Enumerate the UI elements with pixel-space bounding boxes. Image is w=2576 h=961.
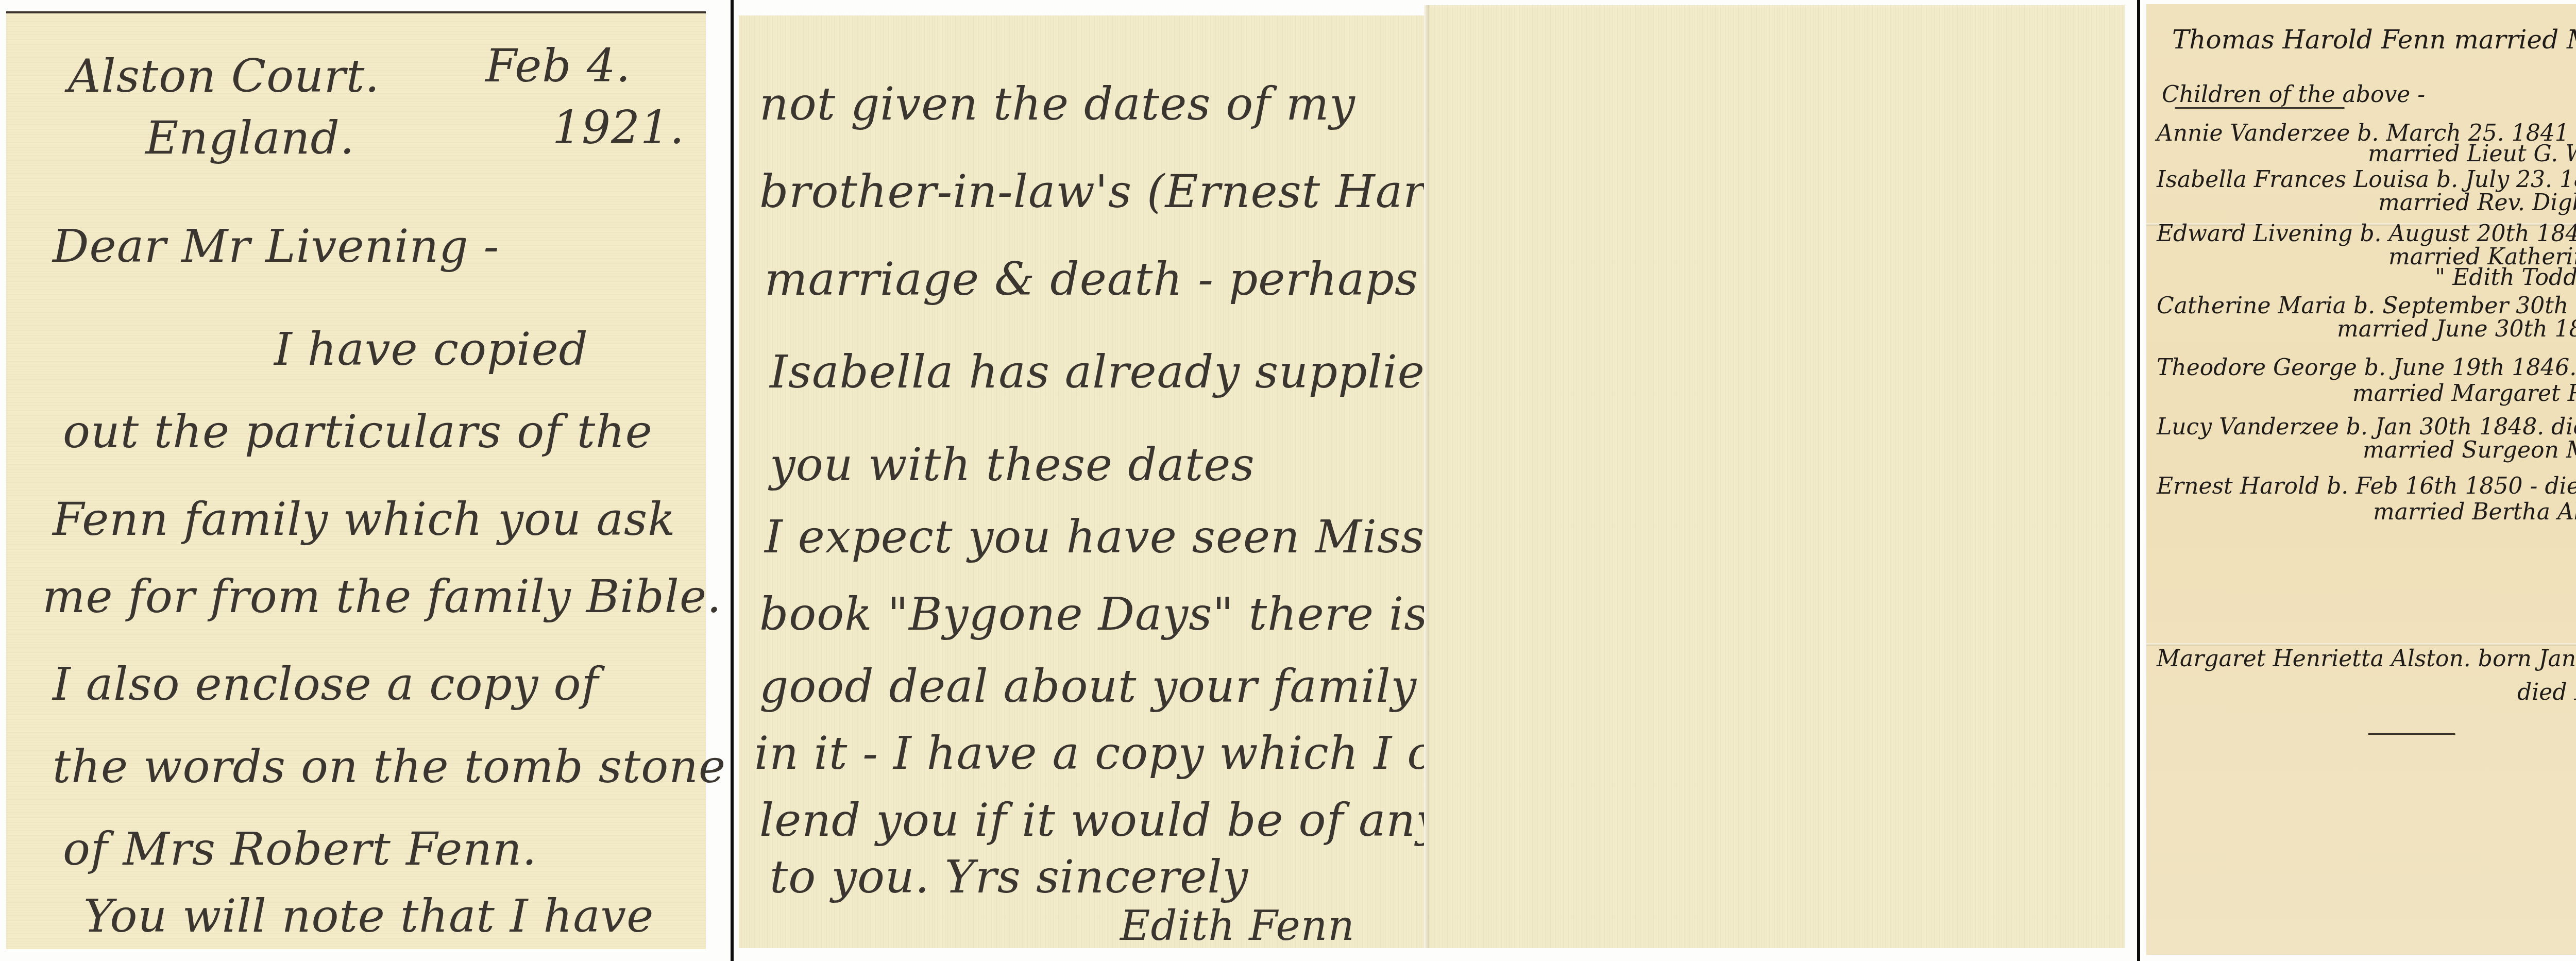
letter-address: Alston Court. [68, 49, 380, 103]
letter-sheet-2: not given the dates of my brother-in-law… [739, 15, 1424, 948]
register-sheet-1: Thomas Harold Fenn married Maria Alston … [2146, 4, 2576, 955]
letter-body-line: marriage & death - perhaps [765, 252, 1418, 306]
letter-signature: Edith Fenn [1120, 902, 1355, 950]
panel-letter-spread: not given the dates of my brother-in-law… [734, 0, 2137, 961]
register-entry: Ernest Harold b. Feb 16th 1850 - died [2157, 473, 2576, 499]
letter-salutation: Dear Mr Livening - [53, 220, 499, 273]
register-entry: Isabella Frances Louisa b. July 23. 1842… [2157, 166, 2576, 193]
letter-body-line: not given the dates of my [759, 77, 1355, 130]
register-entry-note: married June 30th 1870. Herbert A. Giles [2337, 316, 2576, 342]
letter-body-line: in it - I have a copy which I could [754, 727, 1535, 780]
letter-body-line: out the particulars of the [63, 405, 653, 458]
register-heading: Thomas Harold Fenn married Maria Alston [2172, 25, 2576, 55]
register-entry-note: married Bertha Alison Jobson. [2373, 499, 2576, 525]
register-entry-note: married Surgeon Major Nathaniel Hopkins [2363, 437, 2576, 463]
letter-body-line: book "Bygone Days" there is a [759, 587, 1470, 640]
letter-body-line: I also enclose a copy of [53, 657, 599, 711]
section-rule [2368, 733, 2455, 735]
letter-date-day: Feb 4. [485, 39, 631, 92]
register-entry-note: married Lieut G. W. Hand. R.N. Nov 14 18… [2368, 141, 2576, 167]
letter-body-line: of Mrs Robert Fenn. [63, 822, 537, 875]
register-entry-note: died Feb 18th 1852. [2517, 679, 2576, 705]
register-entry: Catherine Maria b. September 30th 1844. … [2157, 293, 2576, 319]
register-entry: Theodore George b. June 19th 1846. died … [2157, 355, 2576, 381]
letter-body-line: good deal about your family [759, 660, 1417, 713]
register-subheading: Children of the above - [2162, 81, 2425, 108]
register-entry: Margaret Henrietta Alston. born Jan 12th… [2157, 646, 2576, 672]
subheading-underline [2175, 107, 2345, 109]
letter-body-line: brother-in-law's (Ernest Harold) [759, 165, 1516, 218]
letter-body-line: Fenn family which you ask [53, 493, 675, 546]
letter-address-country: England. [145, 111, 355, 164]
register-entry-note: " Edith Todd. Feb 13. 1892. [2435, 264, 2576, 291]
letter-body-line: the words on the tomb stone [53, 740, 726, 793]
panel-register-page-1: Thomas Harold Fenn married Maria Alston … [2140, 0, 2576, 961]
manuscript-strip: Alston Court. Feb 4. England. 1921. Dear… [0, 0, 2576, 961]
letter-body-line: me for from the family Bible. [42, 570, 722, 623]
letter-blank-page [1424, 5, 2125, 948]
register-entry-note: married Margaret Playford Nov 1st 1876. [2352, 380, 2576, 407]
letter-center-fold [1424, 5, 1429, 948]
register-entry: Edward Livening b. August 20th 1843. die… [2157, 221, 2576, 247]
panel-letter-page-1: Alston Court. Feb 4. England. 1921. Dear… [0, 0, 731, 961]
register-entry: Lucy Vanderzee b. Jan 30th 1848. died Oc… [2157, 414, 2576, 440]
letter-body-line: you with these dates [770, 438, 1255, 491]
letter-body-line: You will note that I have [83, 889, 654, 942]
letter-sheet-1: Alston Court. Feb 4. England. 1921. Dear… [6, 11, 706, 949]
register-entry-note: married Rev. Digby H. Cotes Jan 27. 1874… [2378, 190, 2576, 216]
letter-body-line: Isabella has already supplied [770, 345, 1454, 398]
letter-closing: to you. Yrs sincerely [770, 850, 1248, 903]
letter-body-line: I have copied [274, 323, 588, 376]
letter-date-year: 1921. [552, 101, 685, 154]
